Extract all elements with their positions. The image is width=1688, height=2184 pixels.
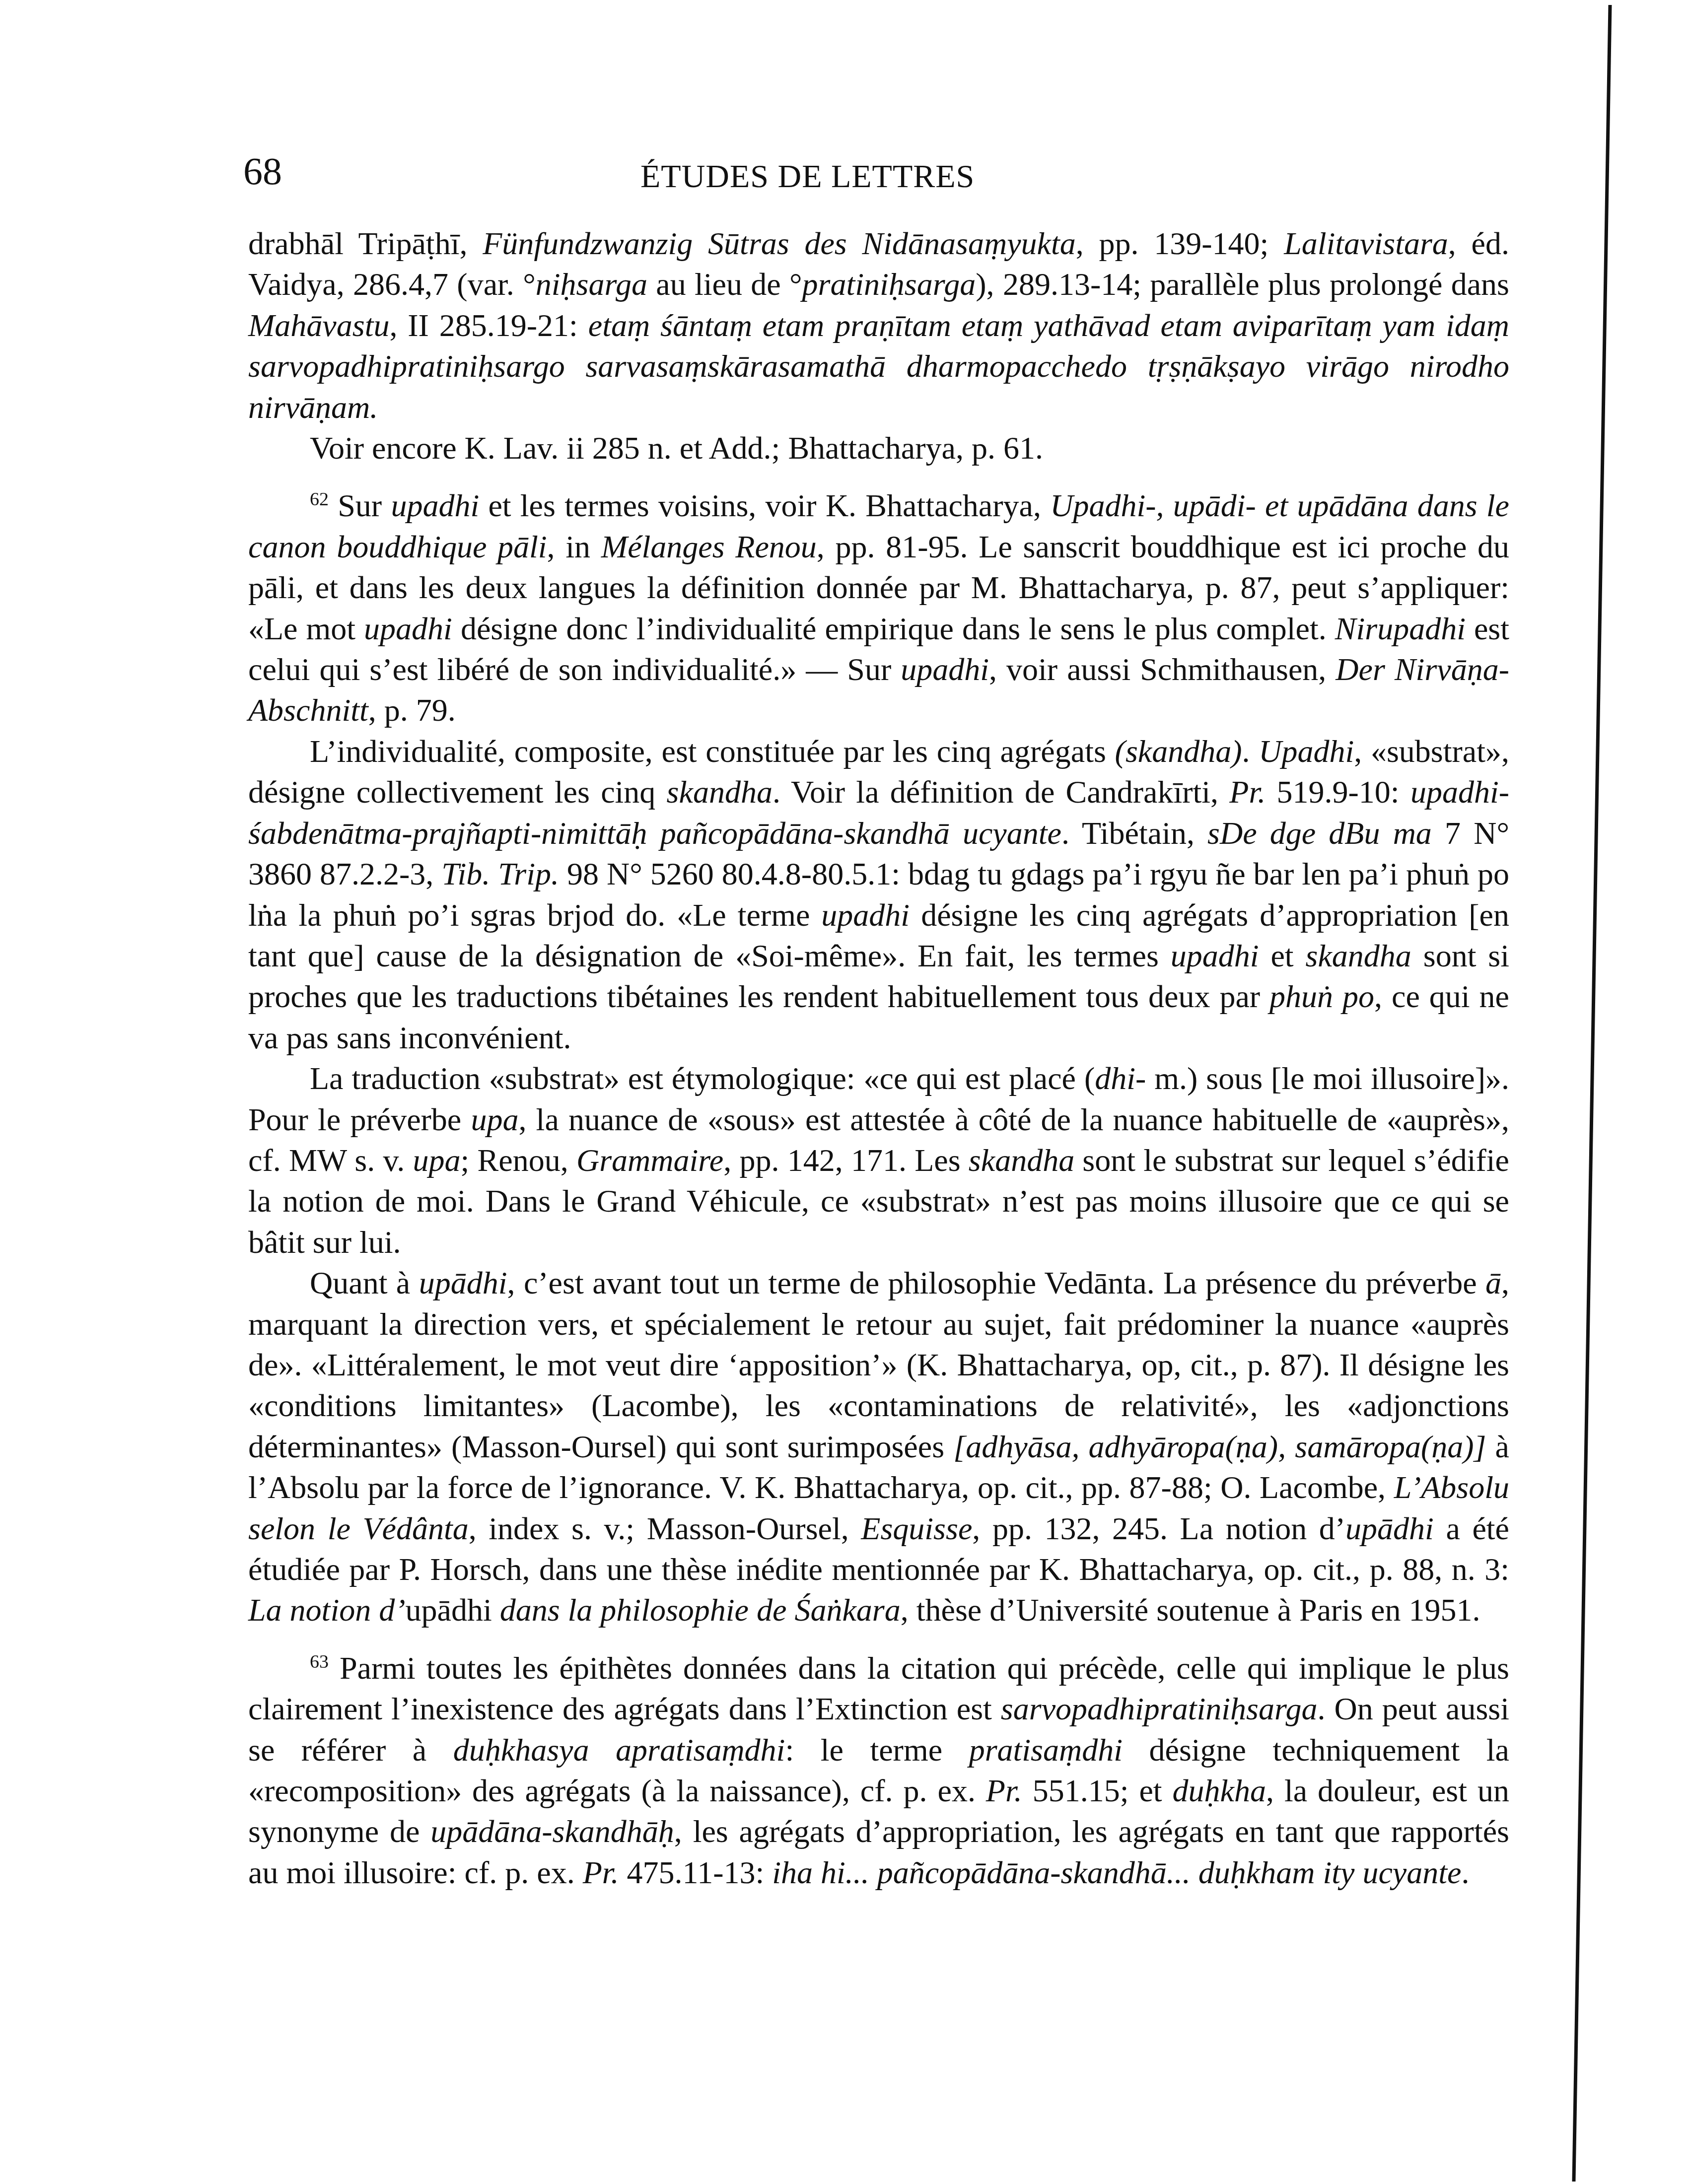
italic-term: (skandha) xyxy=(1115,734,1242,769)
italic-term: skandha xyxy=(1306,938,1411,973)
text-run: Sur xyxy=(329,488,391,523)
paragraph: La traduction «substrat» est étymologiqu… xyxy=(248,1058,1509,1263)
italic-term: pratisaṃdhi xyxy=(969,1732,1123,1768)
italic-term: upādāna-skandhāḥ xyxy=(430,1814,674,1849)
italic-term: upadhi xyxy=(391,488,479,523)
italic-term: skandha xyxy=(969,1143,1074,1178)
italic-term: upa xyxy=(413,1143,461,1178)
italic-term: upadhi xyxy=(364,611,452,646)
italic-term: Grammaire xyxy=(576,1143,723,1178)
text-run: Quant à xyxy=(310,1265,419,1300)
italic-term: ā xyxy=(1485,1265,1501,1300)
text-run: , c’est avant tout un terme de philosoph… xyxy=(507,1265,1485,1300)
text-run: , in xyxy=(547,529,601,564)
italic-term: Nirupadhi xyxy=(1335,611,1466,646)
text-run: . Voir la définition de Candrakīrti, xyxy=(773,774,1229,810)
text-run: ), 289.13-14; parallèle plus prolongé da… xyxy=(976,267,1509,302)
text-run: au lieu de ° xyxy=(647,267,802,302)
italic-term: Upadhi xyxy=(1259,734,1354,769)
italic-term: La notion d’ xyxy=(248,1592,405,1628)
text-run: , pp. 142, 171. Les xyxy=(723,1143,969,1178)
text-run: . Tibétain, xyxy=(1061,816,1207,851)
italic-term: duḥkhasya apratisaṃdhi xyxy=(453,1732,785,1768)
italic-term: dans la philosophie de Śaṅkara xyxy=(492,1592,901,1628)
text-run: , thèse d’Université soutenue à Paris en… xyxy=(901,1592,1480,1628)
italic-term: [adhyāsa, adhyāropa(ṇa), samāropa(ṇa)] xyxy=(953,1429,1486,1464)
italic-term: iha hi... pañcopādāna-skandhā... duḥkham… xyxy=(772,1855,1461,1890)
page-header: 68 ÉTUDES DE LETTRES xyxy=(243,149,1514,218)
text-run: 475.11-13: xyxy=(619,1855,773,1890)
italic-term: Fünfundzwanzig Sūtras des Nidānasaṃyukta xyxy=(483,226,1076,261)
text-run: upādhi xyxy=(405,1592,492,1628)
text-run: , voir aussi Schmithausen, xyxy=(989,652,1336,687)
text-run: L’individualité, composite, est constitu… xyxy=(310,734,1115,769)
text-run: et les termes voisins, voir K. Bhattacha… xyxy=(479,488,1050,523)
italic-term: Lalitavistara xyxy=(1284,226,1448,261)
footnote-62: 62 Sur upadhi et les termes voisins, voi… xyxy=(248,485,1509,731)
text-run: ; Renou, xyxy=(461,1143,576,1178)
italic-term: sDe dge dBu ma xyxy=(1207,816,1432,851)
italic-term: pratiniḥsarga xyxy=(802,267,976,302)
italic-term: upadhi xyxy=(1171,938,1259,973)
italic-term: upadhi xyxy=(821,897,910,933)
text-run: 519.9-10: xyxy=(1266,774,1410,810)
italic-term: Pr. xyxy=(986,1773,1022,1808)
text-run: , II 285.19-21: xyxy=(389,308,588,343)
paragraph: Quant à upādhi, c’est avant tout un term… xyxy=(248,1263,1509,1631)
footnote-number: 63 xyxy=(310,1651,329,1672)
italic-term: Mélanges Renou xyxy=(601,529,817,564)
paragraph: Voir encore K. Lav. ii 285 n. et Add.; B… xyxy=(248,428,1509,469)
text-run: , p. 79. xyxy=(368,692,456,728)
italic-term: niḥsarga xyxy=(536,267,647,302)
italic-term: upādhi xyxy=(1345,1511,1434,1546)
italic-term: Tib. Trip. xyxy=(441,856,559,891)
italic-term: Pr. xyxy=(583,1855,619,1890)
page-number: 68 xyxy=(243,149,282,194)
italic-term: dhi- xyxy=(1095,1061,1146,1096)
footnote-63: 63 Parmi toutes les épithètes données da… xyxy=(248,1648,1509,1893)
italic-term: Pr. xyxy=(1229,774,1266,810)
italic-term: upadhi xyxy=(901,652,989,687)
paragraph: drabhāl Tripāṭhī, Fünfundzwanzig Sūtras … xyxy=(248,223,1509,428)
text-run: drabhāl Tripāṭhī, xyxy=(248,226,483,261)
italic-term: duḥkha xyxy=(1173,1773,1266,1808)
text-run: , pp. 132, 245. La notion d’ xyxy=(972,1511,1345,1546)
paragraph: L’individualité, composite, est constitu… xyxy=(248,731,1509,1058)
italic-term: Esquisse xyxy=(861,1511,972,1546)
italic-term: upa xyxy=(471,1102,518,1137)
text-run: désigne donc l’individualité empirique d… xyxy=(452,611,1335,646)
text-run: La traduction «substrat» est étymologiqu… xyxy=(310,1061,1095,1096)
text-run: et xyxy=(1259,938,1306,973)
text-run: , pp. 139-140; xyxy=(1076,226,1284,261)
running-title: ÉTUDES DE LETTRES xyxy=(640,158,975,196)
text-run: . xyxy=(1461,1855,1469,1890)
italic-term: phuṅ po xyxy=(1269,979,1374,1014)
text-run: : le terme xyxy=(785,1732,969,1768)
text-run: . xyxy=(1242,734,1259,769)
italic-term: sarvopadhipratiniḥsarga xyxy=(1001,1691,1318,1726)
text-run: Voir encore K. Lav. ii 285 n. et Add.; B… xyxy=(310,430,1043,466)
italic-term: Mahāvastu xyxy=(248,308,389,343)
text-run: 551.15; et xyxy=(1022,1773,1173,1808)
italic-term: skandha xyxy=(667,774,773,810)
text-run: , index s. v.; Masson-Oursel, xyxy=(469,1511,861,1546)
body-text: drabhāl Tripāṭhī, Fünfundzwanzig Sūtras … xyxy=(248,223,1509,1893)
footnote-number: 62 xyxy=(310,489,329,510)
italic-term: upādhi xyxy=(419,1265,507,1300)
